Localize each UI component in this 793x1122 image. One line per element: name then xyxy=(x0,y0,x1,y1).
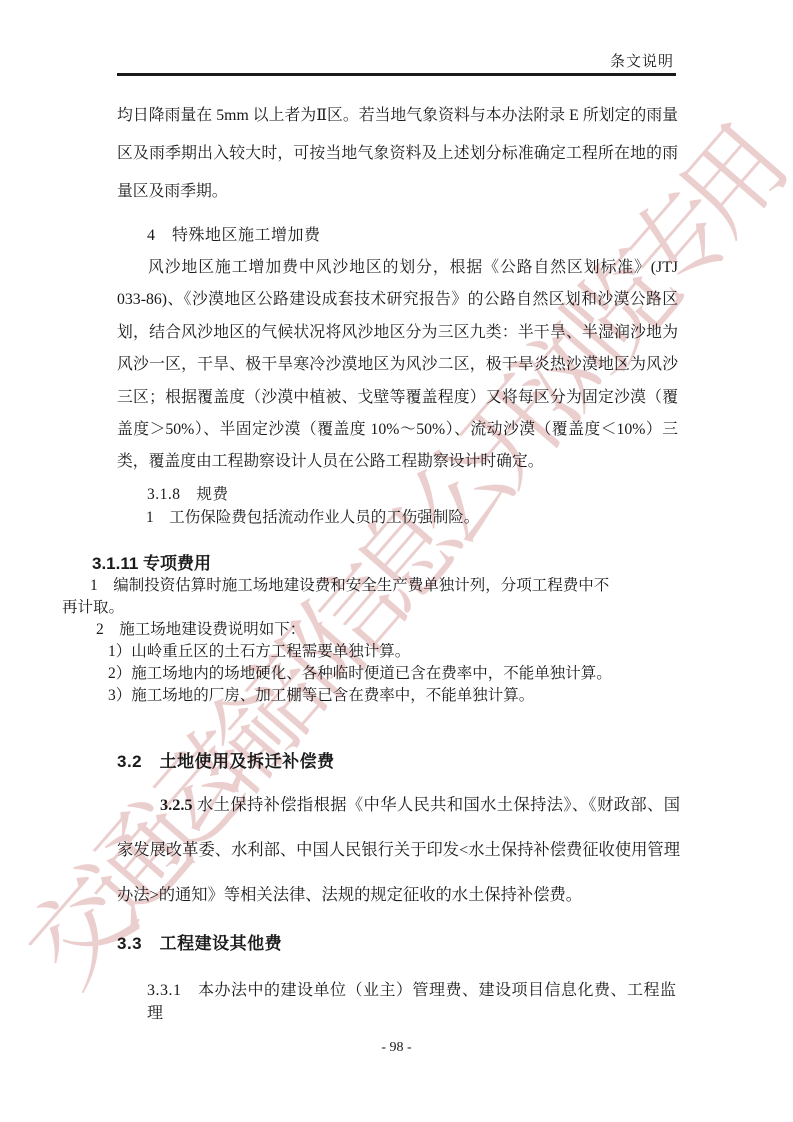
section-3-3-1-paragraph: 3.3.1 本办法中的建设单位（业主）管理费、建设项目信息化费、工程监理 xyxy=(147,977,692,1023)
section-3-2-5-paragraph: 3.2.5 水土保持补偿指根据《中华人民共和国水土保持法》、《财政部、国家发展改… xyxy=(117,782,680,917)
section-4-paragraph: 风沙地区施工增加费中风沙地区的划分，根据《公路自然区划标准》(JTJ 033-8… xyxy=(117,252,678,479)
page-number: - 98 - xyxy=(0,1040,793,1056)
header-rule xyxy=(117,73,676,76)
document-page: 交通运输部信息公开浏览专用 条文说明 均日降雨量在 5mm 以上者为Ⅱ区。若当地… xyxy=(0,0,793,1122)
section-3-2-heading: 3.2 土地使用及拆迁补偿费 xyxy=(117,747,335,772)
section-4-title: 4 特殊地区施工增加费 xyxy=(147,222,321,245)
list-item: 2 施工场地建设费说明如下： xyxy=(62,619,714,641)
list-item: 再计取。 xyxy=(62,597,714,619)
page-header-title: 条文说明 xyxy=(610,50,674,71)
content-layer: 条文说明 均日降雨量在 5mm 以上者为Ⅱ区。若当地气象资料与本办法附录 E 所… xyxy=(0,0,793,1122)
section-3-1-8-title: 3.1.8 规费 xyxy=(147,482,229,504)
section-3-3-heading: 3.3 工程建设其他费 xyxy=(117,929,282,954)
clause-number: 3.3.1 xyxy=(147,982,182,999)
paragraph-rainfall-zones: 均日降雨量在 5mm 以上者为Ⅱ区。若当地气象资料与本办法附录 E 所划定的雨量… xyxy=(117,97,678,211)
section-3-1-11-title: 3.1.11 专项费用 xyxy=(92,549,211,574)
clause-text: 本办法中的建设单位（业主）管理费、建设项目信息化费、工程监理 xyxy=(147,982,677,1022)
clause-text: 水土保持补偿指根据《中华人民共和国水土保持法》、《财政部、国家发展改革委、水利部… xyxy=(117,795,680,904)
section-3-1-8-item-1: 1 工伤保险费包括流动作业人员的工伤强制险。 xyxy=(146,505,479,527)
list-item: 1 编制投资估算时施工场地建设费和安全生产费单独计列，分项工程费中不 xyxy=(62,575,714,597)
list-item: 3）施工场地的厂房、加工棚等已含在费率中，不能单独计算。 xyxy=(62,685,714,707)
list-item: 1）山岭重丘区的土石方工程需要单独计算。 xyxy=(62,641,714,663)
list-item: 2）施工场地内的场地硬化、各种临时便道已含在费率中，不能单独计算。 xyxy=(62,663,714,685)
section-3-1-11-body: 1 编制投资估算时施工场地建设费和安全生产费单独计列，分项工程费中不 再计取。 … xyxy=(62,575,714,706)
clause-number: 3.2.5 xyxy=(160,795,193,814)
